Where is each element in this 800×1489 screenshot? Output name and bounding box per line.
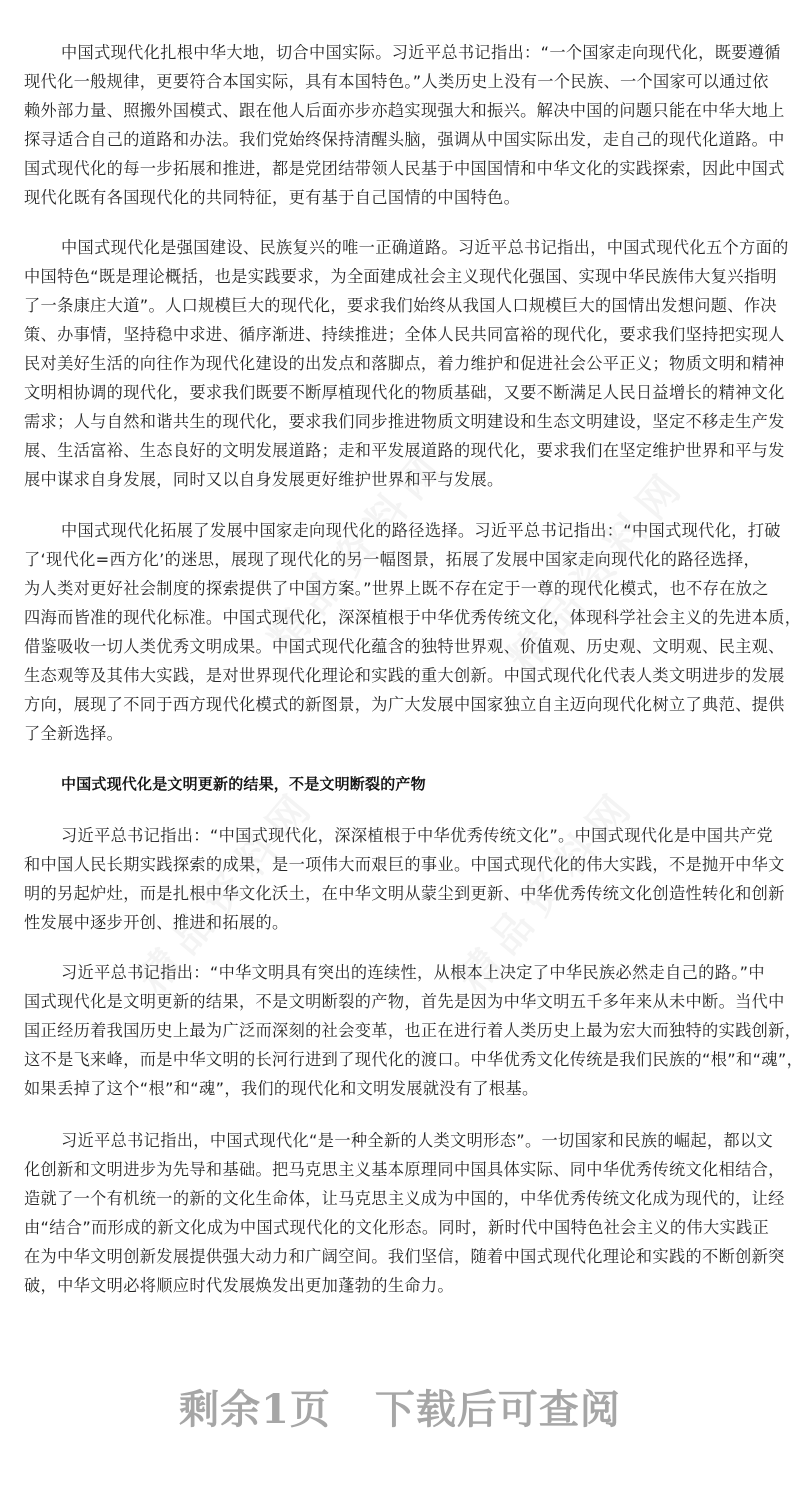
text-line: 性发展中逐步开创、推进和拓展的。	[24, 908, 780, 937]
section-heading: 中国式现代化是文明更新的结果，不是文明断裂的产物	[61, 771, 426, 797]
text-line: 展、生活富裕、生态良好的文明发展道路；走和平发展道路的现代化，要求我们在坚定维护…	[24, 436, 780, 465]
text-line: 如果丢掉了这个“根”和“魂”，我们的现代化和文明发展就没有了根基。	[24, 1074, 780, 1103]
paragraph-5: 习近平总书记指出：“中华文明具有突出的连续性，从根本上决定了中华民族必然走自己的…	[24, 958, 780, 1103]
text-line: 中国式现代化拓展了发展中国家走向现代化的路径选择。习近平总书记指出：“中国式现代…	[24, 516, 780, 545]
paragraph-1: 中国式现代化扎根中华大地，切合中国实际。习近平总书记指出：“一个国家走向现代化，…	[24, 38, 780, 212]
text-line: 现代化既有各国现代化的共同特征，更有基于自己国情的中国特色。	[24, 183, 780, 212]
text-line: 中国特色“既是理论概括，也是实践要求，为全面建成社会主义现代化强国、实现中华民族…	[24, 262, 780, 291]
paragraph-6: 习近平总书记指出，中国式现代化“是一种全新的人类文明形态”。一切国家和民族的崛起…	[24, 1126, 780, 1300]
text-line: 借鉴吸收一切人类优秀文明成果。中国式现代化蕴含的独特世界观、价值观、历史观、文明…	[24, 632, 780, 661]
paragraph-4: 习近平总书记指出：“中国式现代化，深深植根于中华优秀传统文化”。中国式现代化是中…	[24, 821, 780, 937]
text-line: 和中国人民长期实践探索的成果，是一项伟大而艰巨的事业。中国式现代化的伟大实践，不…	[24, 850, 780, 879]
text-line: 文明相协调的现代化，要求我们既要不断厚植现代化的物质基础，又要不断满足人民日益增…	[24, 378, 780, 407]
text-line: 现代化一般规律，更要符合本国实际，具有本国特色。”人类历史上没有一个民族、一个国…	[24, 67, 780, 96]
text-line: 生态观等及其伟大实践，是对世界现代化理论和实践的重大创新。中国式现代化代表人类文…	[24, 661, 780, 690]
text-line: 由“结合”而形成的新文化成为中国式现代化的文化形态。同时，新时代中国特色社会主义…	[24, 1213, 780, 1242]
download-to-read-banner[interactable]: 剩余1页下载后可查阅	[0, 1385, 800, 1435]
text-line: 探寻适合自己的道路和办法。我们党始终保持清醒头脑，强调从中国实际出发，走自己的现…	[24, 125, 780, 154]
text-line: 习近平总书记指出：“中国式现代化，深深植根于中华优秀传统文化”。中国式现代化是中…	[24, 821, 780, 850]
text-line: 民对美好生活的向往作为现代化建设的出发点和落脚点，着力维护和促进社会公平正义；物…	[24, 349, 780, 378]
text-line: 了全新选择。	[24, 719, 780, 748]
paragraph-3: 中国式现代化拓展了发展中国家走向现代化的路径选择。习近平总书记指出：“中国式现代…	[24, 516, 780, 748]
text-line: 在为中华文明创新发展提供强大动力和广阔空间。我们坚信，随着中国式现代化理论和实践…	[24, 1242, 780, 1271]
text-line: 这不是飞来峰，而是中华文明的长河行进到了现代化的渡口。中华优秀文化传统是我们民族…	[24, 1045, 780, 1074]
remaining-pages-label: 剩余1页	[179, 1386, 331, 1433]
text-line: 需求；人与自然和谐共生的现代化，要求我们同步推进物质文明建设和生态文明建设，坚定…	[24, 407, 780, 436]
text-line: 方向，展现了不同于西方现代化模式的新图景，为广大发展中国家独立自主迈向现代化树立…	[24, 690, 780, 719]
text-line: 中国式现代化是强国建设、民族复兴的唯一正确道路。习近平总书记指出，中国式现代化五…	[24, 233, 780, 262]
text-line: 了一条康庄大道”。人口规模巨大的现代化，要求我们始终从我国人口规模巨大的国情出发…	[24, 291, 780, 320]
text-line: 四海而皆准的现代化标准。中国式现代化，深深植根于中华优秀传统文化，体现科学社会主…	[24, 603, 780, 632]
text-line: 赖外部力量、照搬外国模式、跟在他人后面亦步亦趋实现强大和振兴。解决中国的问题只能…	[24, 96, 780, 125]
text-line: 化创新和文明进步为先导和基础。把马克思主义基本原理同中国具体实际、同中华优秀传统…	[24, 1155, 780, 1184]
text-line: 为人类对更好社会制度的探索提供了中国方案。”世界上既不存在定于一尊的现代化模式，…	[24, 574, 780, 603]
text-line: 展中谋求自身发展，同时又以自身发展更好维护世界和平与发展。	[24, 465, 780, 494]
text-line: 造就了一个有机统一的新的文化生命体，让马克思主义成为中国的，中华优秀传统文化成为…	[24, 1184, 780, 1213]
text-line: 策、办事情，坚持稳中求进、循序渐进、持续推进；全体人民共同富裕的现代化，要求我们…	[24, 320, 780, 349]
text-line: 习近平总书记指出：“中华文明具有突出的连续性，从根本上决定了中华民族必然走自己的…	[24, 958, 780, 987]
document-page: 精品资料网 精品资料网 精品资料网 精品资料网 中国式现代化扎根中华大地，切合中…	[0, 0, 800, 1489]
download-prompt-label: 下载后可查阅	[375, 1386, 621, 1433]
text-line: 了‘现代化=西方化’的迷思，展现了现代化的另一幅图景，拓展了发展中国家走向现代化…	[24, 545, 780, 574]
text-line: 国正经历着我国历史上最为广泛而深刻的社会变革，也正在进行着人类历史上最为宏大而独…	[24, 1016, 780, 1045]
text-line: 习近平总书记指出，中国式现代化“是一种全新的人类文明形态”。一切国家和民族的崛起…	[24, 1126, 780, 1155]
text-line: 中国式现代化扎根中华大地，切合中国实际。习近平总书记指出：“一个国家走向现代化，…	[24, 38, 780, 67]
text-line: 破，中华文明必将顺应时代发展焕发出更加蓬勃的生命力。	[24, 1271, 780, 1300]
text-line: 国式现代化是文明更新的结果，不是文明断裂的产物，首先是因为中华文明五千多年来从未…	[24, 987, 780, 1016]
text-line: 国式现代化的每一步拓展和推进，都是党团结带领人民基于中国国情和中华文化的实践探索…	[24, 154, 780, 183]
text-line: 明的另起炉灶，而是扎根中华文化沃土，在中华文明从蒙尘到更新、中华优秀传统文化创造…	[24, 879, 780, 908]
paragraph-2: 中国式现代化是强国建设、民族复兴的唯一正确道路。习近平总书记指出，中国式现代化五…	[24, 233, 780, 494]
